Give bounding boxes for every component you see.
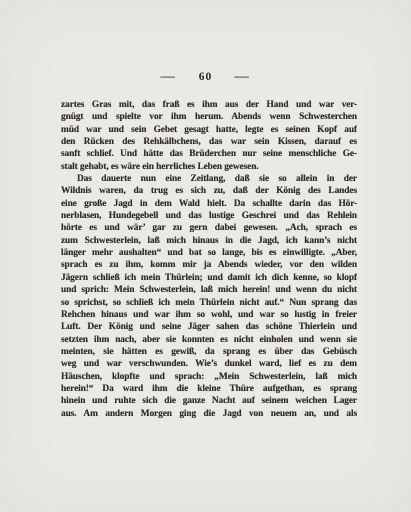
text-line: Jägern schließ ich mein Thürlein; und da… — [61, 272, 357, 284]
text-line: müd war und sein Gebet gesagt hatte, leg… — [61, 124, 357, 136]
text-line: länger mehr aushalten“ und bat so lange,… — [61, 247, 357, 259]
text-line: so sprichst, so schließ ich mein Thürlei… — [61, 297, 357, 309]
text-line: sprach es zu ihm, komm mir ja Abends wie… — [61, 259, 357, 271]
text-line: Das dauerte nun eine Zeitlang, daß sie s… — [61, 173, 357, 185]
text-line: setzten ihm nach, aber sie konnten es ni… — [61, 334, 357, 346]
text-line: herein!“ Da ward ihm die kleine Thüre au… — [61, 383, 357, 395]
page-number: 60 — [199, 71, 213, 83]
text-line: Wildnis waren, da trug es sich zu, daß d… — [61, 185, 357, 197]
text-line: zartes Gras mit, das fraß es ihm aus der… — [61, 99, 357, 111]
text-line: aus. Am andern Morgen ging die Jagd von … — [61, 408, 357, 420]
text-line: Rehchen hinaus und war ihm so wohl, und … — [61, 309, 357, 321]
text-line: hinein und ruhte sich die ganze Nacht au… — [61, 395, 357, 407]
text-line: hörte es und wär’ gar zu gern dabei gewe… — [61, 222, 357, 234]
text-line: weg und war verschwunden. Wie’s dunkel w… — [61, 358, 357, 370]
text-line: und sprich: Mein Schwesterlein, laß mich… — [61, 284, 357, 296]
text-line: nerblasen, Hundegebell und das lustige G… — [61, 210, 357, 222]
text-line: gnügt und spielte vor ihm herum. Abends … — [61, 111, 357, 123]
text-line: stalt gehabt, es wäre ein herrliches Leb… — [61, 161, 357, 173]
text-line: eine große Jagd in dem Wald hielt. Da sc… — [61, 198, 357, 210]
header-rule-left: — — [161, 71, 177, 83]
page-text: zartes Gras mit, das fraß es ihm aus der… — [61, 99, 357, 420]
header-rule-right: — — [235, 71, 251, 83]
text-line: Luft. Der König und seine Jäger sahen da… — [61, 321, 357, 333]
text-line: zum Schwesterlein, laß mich hinaus in di… — [61, 235, 357, 247]
text-line: sanft schlief. Und hätte das Brüderchen … — [61, 148, 357, 160]
book-page: — 60 — zartes Gras mit, das fraß es ihm … — [0, 0, 411, 512]
text-line: Häuschen, klopfte und sprach: „Mein Schw… — [61, 371, 357, 383]
page-header: — 60 — — [0, 71, 411, 83]
text-line: den Rücken des Rehkälbchens, das war sei… — [61, 136, 357, 148]
text-line: meinten, sie hätten es gewiß, da sprang … — [61, 346, 357, 358]
